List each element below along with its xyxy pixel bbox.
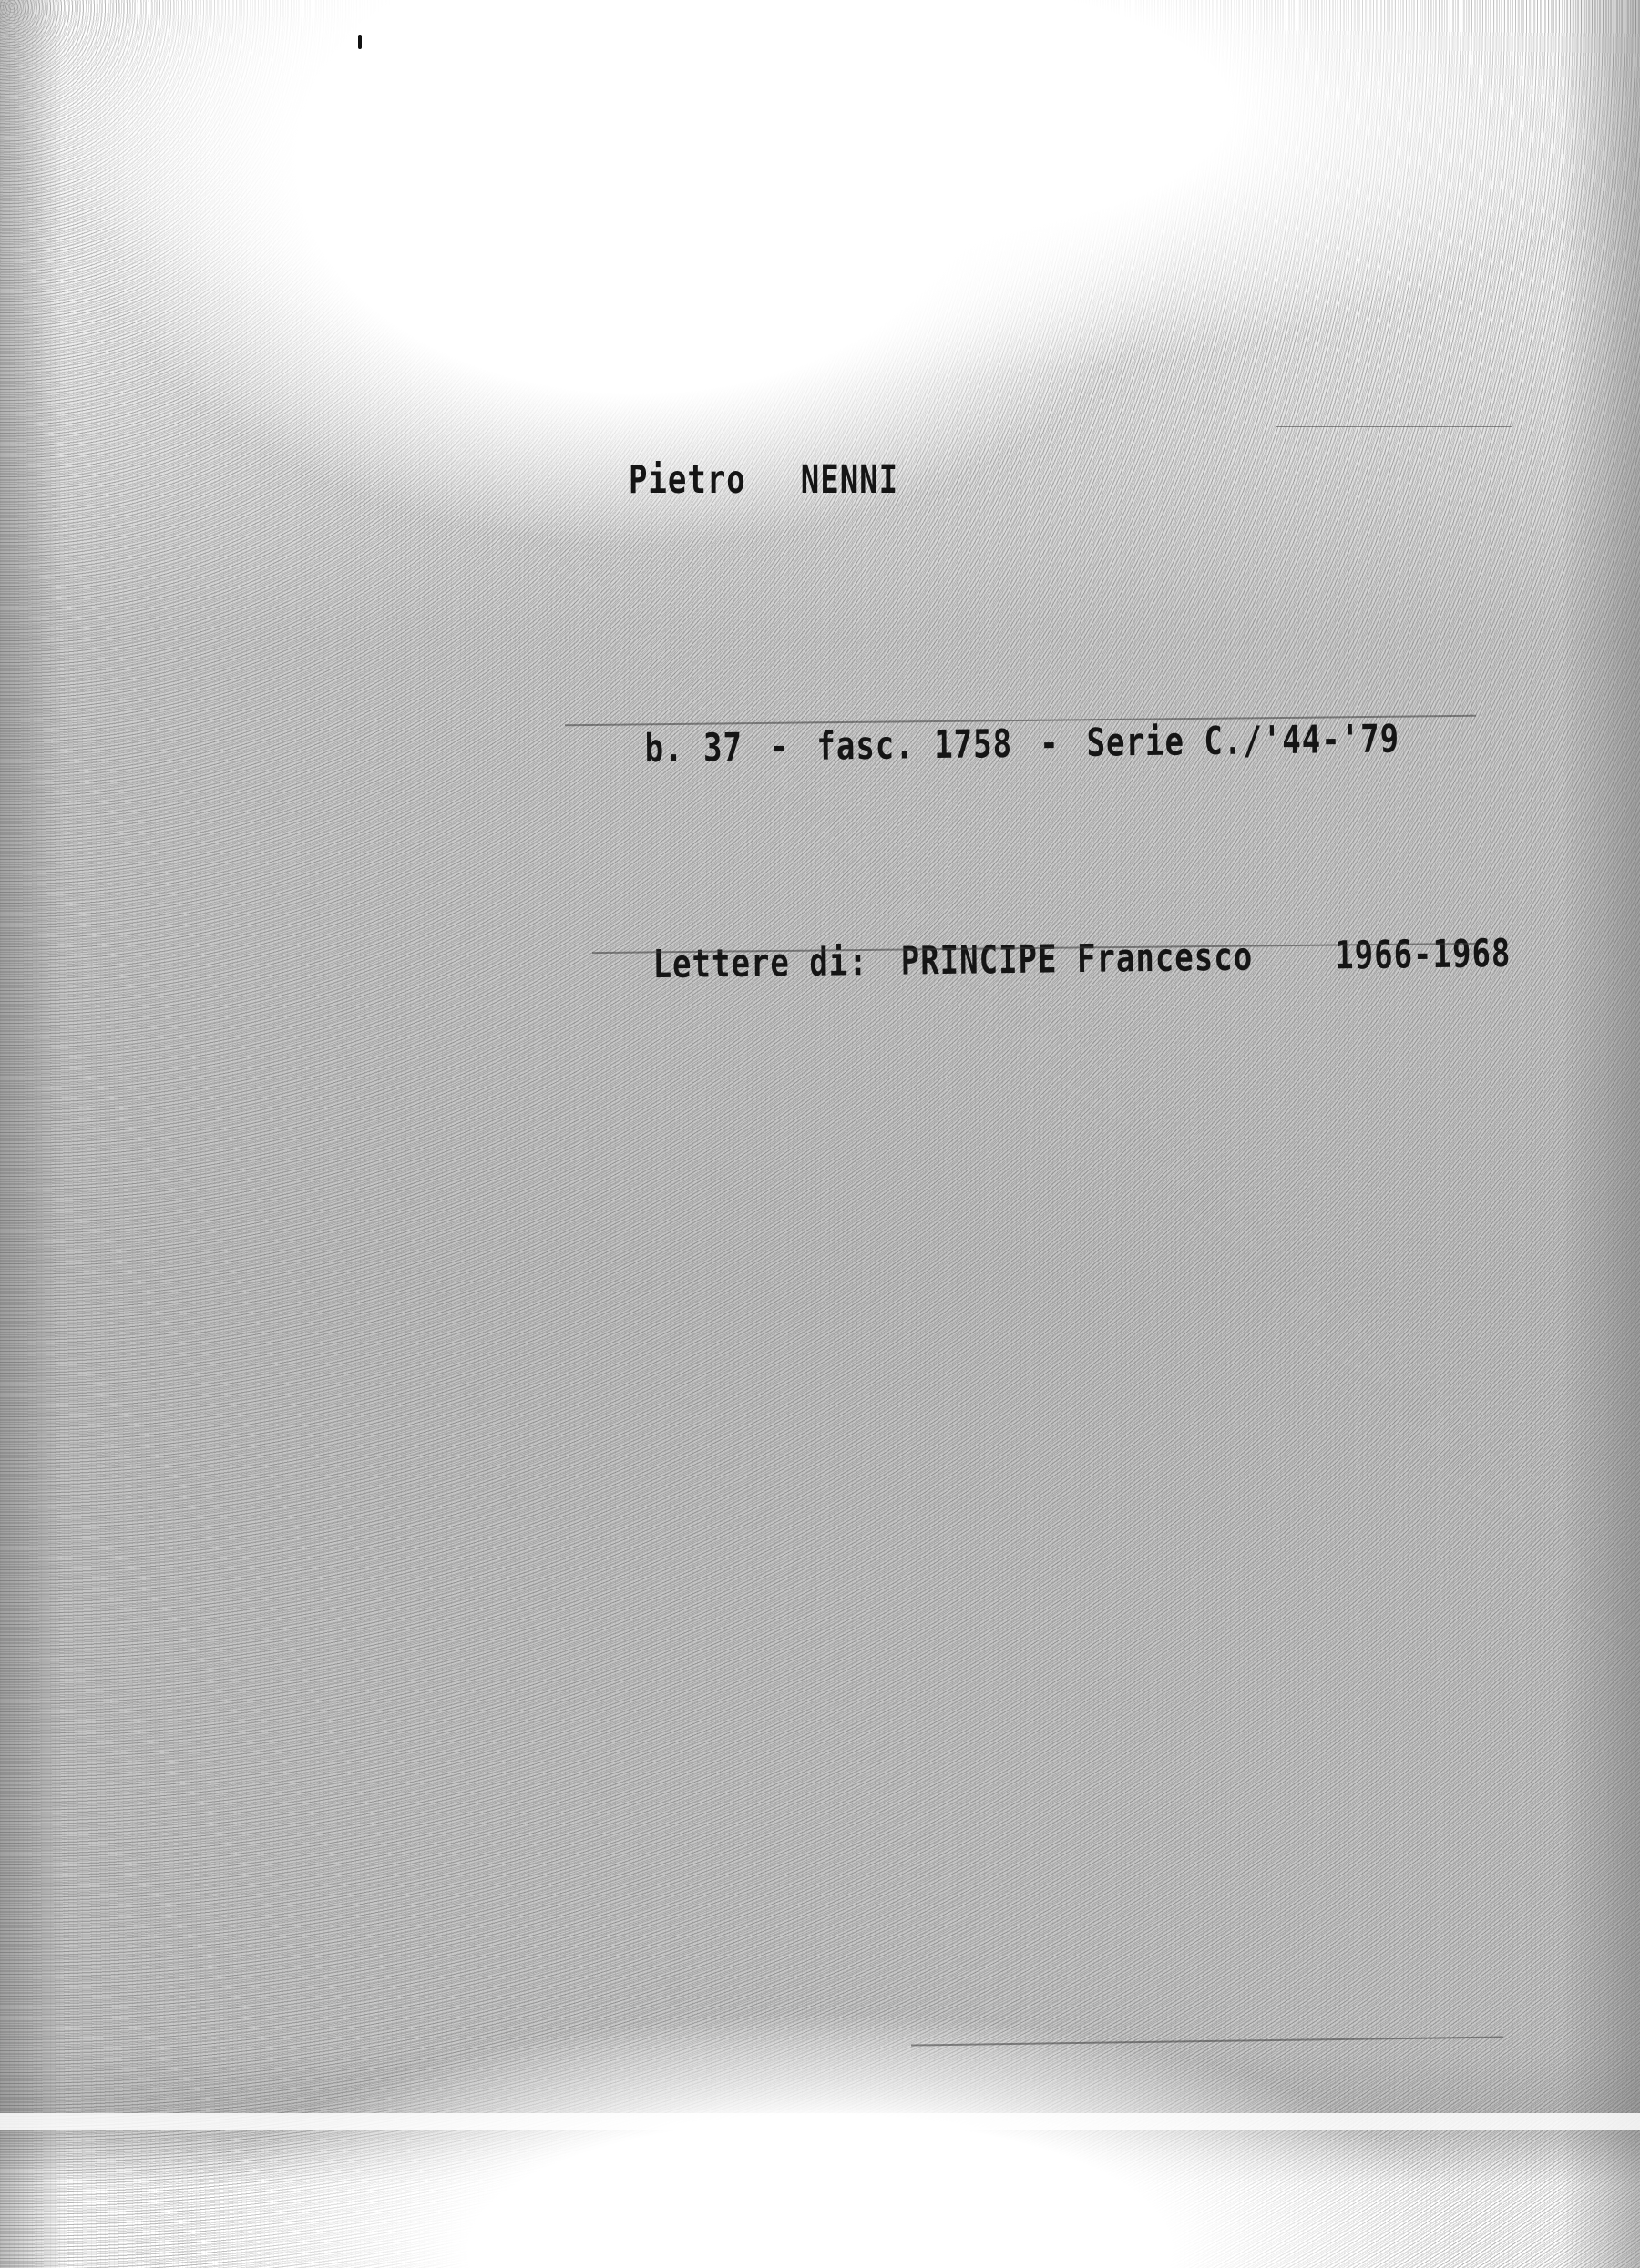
archive-reference: b. 37-fasc. 1758-Serie C./'44-'79	[605, 671, 1399, 772]
faint-rule	[1276, 426, 1512, 427]
scanned-page-background	[0, 0, 1640, 2268]
author-last-name: NENNI	[801, 457, 898, 503]
separator: -	[1040, 720, 1060, 766]
scan-edge-shadow-right	[1558, 0, 1640, 2268]
scan-edge-shadow-left	[0, 0, 64, 2268]
serie-label: Serie C./'44-'79	[1086, 717, 1399, 766]
fascicolo-number: fasc. 1758	[816, 721, 1012, 770]
letters-description: Lettere di:PRINCIPE Francesco1966-1968	[613, 885, 1512, 988]
letters-label: Lettere di:	[652, 939, 868, 987]
separator: -	[770, 724, 790, 770]
date-range: 1966-1968	[1335, 931, 1512, 979]
author-first-name: Pietro	[629, 457, 746, 503]
ink-speck	[358, 35, 362, 49]
correspondent-name: PRINCIPE Francesco	[901, 935, 1254, 985]
busta-number: b. 37	[644, 725, 743, 771]
author-name: PietroNENNI	[589, 412, 898, 503]
scan-light-band	[0, 2113, 1640, 2130]
